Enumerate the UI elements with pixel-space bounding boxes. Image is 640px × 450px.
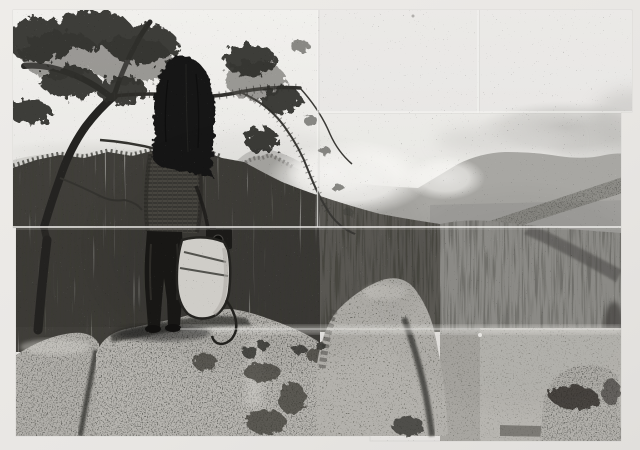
photocopied-photo-poster: Grainy photocopy of a person with long d… bbox=[0, 0, 640, 450]
toner-grain bbox=[13, 10, 640, 441]
photo-content bbox=[0, 10, 640, 441]
photo-collage-scene: Grainy photocopy of a person with long d… bbox=[0, 0, 640, 450]
